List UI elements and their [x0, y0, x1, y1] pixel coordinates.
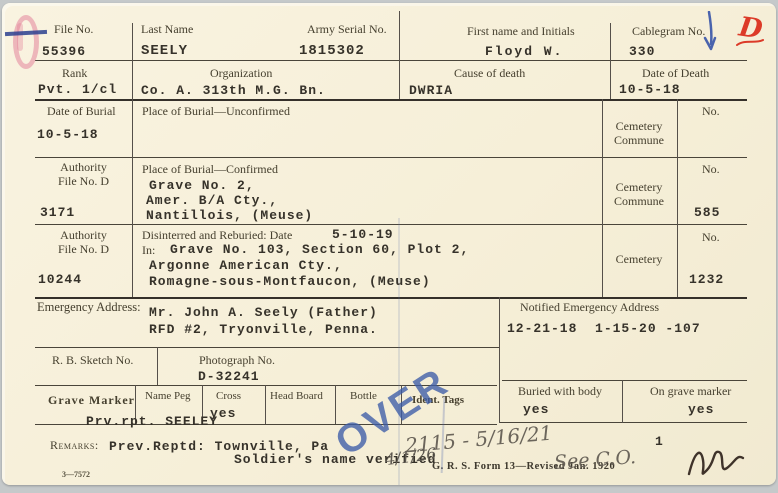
on-grave-marker-label: On grave marker: [650, 385, 731, 399]
grid-line-v: [622, 380, 623, 423]
no-label: No.: [702, 231, 720, 245]
reburied-commune-line: Romagne-sous-Montfaucon, (Meuse): [149, 274, 431, 289]
scanned-burial-card: File No. 55396 Last Name SEELY Army Seri…: [0, 0, 778, 493]
reburied-no-value: 1232: [689, 272, 724, 287]
confirmed-cemetery-line: Amer. B/A Cty.,: [146, 193, 278, 208]
army-serial-value: 1815302: [299, 43, 365, 59]
grid-line-v: [265, 385, 266, 424]
organization-value: Co. A. 313th M.G. Bn.: [141, 83, 326, 98]
cemetery-commune-label: Cemetery Commune: [606, 120, 672, 148]
count-one-value: 1: [655, 434, 664, 449]
rank-value: Pvt. 1/cl: [38, 82, 117, 97]
grid-line-h: [35, 157, 747, 158]
grid-line-h: [35, 297, 747, 299]
emergency-address-label: Emergency Address:: [37, 300, 141, 314]
cause-of-death-value: DWRIA: [409, 83, 453, 98]
grid-line-v: [677, 99, 678, 297]
cemetery-commune-label: Cemetery Commune: [606, 181, 672, 209]
blue-arrow-icon: [699, 11, 723, 53]
no-label: No.: [702, 105, 720, 119]
grid-line-v: [602, 99, 603, 297]
rank-label: Rank: [62, 67, 87, 81]
last-name-value: SEELY: [141, 43, 188, 59]
buried-with-body-label: Buried with body: [518, 385, 602, 399]
first-name-label: First name and Initials: [467, 25, 575, 39]
last-name-label: Last Name: [141, 23, 193, 37]
red-mark-underline: [735, 37, 765, 47]
buried-with-body-value: yes: [523, 402, 549, 417]
disinterred-date-value: 5-10-19: [332, 227, 394, 242]
prv-rpt-value: Prv.rpt. SEELEY: [86, 414, 218, 429]
emergency-address-line1: Mr. John A. Seely (Father): [149, 305, 378, 320]
grid-line-h: [502, 380, 747, 381]
in-label: In:: [142, 244, 155, 258]
head-board-label: Head Board: [270, 390, 323, 403]
grid-line-v: [132, 23, 133, 297]
file-no-label: File No.: [54, 23, 93, 37]
photograph-no-label: Photograph No.: [199, 354, 275, 368]
organization-label: Organization: [210, 67, 272, 81]
grave-marker-label: Grave Marker: [48, 394, 135, 408]
card-background: File No. 55396 Last Name SEELY Army Seri…: [2, 3, 776, 485]
rb-sketch-label: R. B. Sketch No.: [52, 354, 133, 368]
confirmed-grave-line: Grave No. 2,: [149, 178, 255, 193]
notified-emergency-value: 12-21-18 1-15-20 -107: [507, 321, 701, 336]
grid-line-v: [157, 347, 158, 385]
confirmed-commune-line: Nantillois, (Meuse): [146, 208, 313, 223]
name-peg-label: Name Peg: [145, 390, 191, 403]
date-of-death-value: 10-5-18: [619, 82, 681, 97]
grid-line-h: [35, 99, 747, 101]
authority-file-value: 3171: [40, 205, 75, 220]
place-unconfirmed-label: Place of Burial—Unconfirmed: [142, 105, 290, 119]
cemetery-label: Cemetery: [606, 253, 672, 267]
disinterred-label: Disinterred and Reburied: Date: [142, 229, 292, 243]
emergency-address-line2: RFD #2, Tryonville, Penna.: [149, 322, 378, 337]
authority-file-label: Authority File No. D: [35, 161, 132, 189]
handwritten-note: See C.O.: [553, 446, 636, 474]
date-of-burial-label: Date of Burial: [47, 105, 116, 119]
date-of-burial-value: 10-5-18: [37, 127, 99, 142]
reburied-grave-line: Grave No. 103, Section 60, Plot 2,: [170, 242, 469, 257]
reburied-cemetery-line: Argonne American Cty.,: [149, 258, 343, 273]
confirmed-no-value: 585: [694, 205, 720, 220]
first-name-value: Floyd W.: [485, 44, 563, 59]
authority-file-label: Authority File No. D: [35, 229, 132, 257]
army-serial-label: Army Serial No.: [307, 23, 387, 37]
no-label: No.: [702, 163, 720, 177]
cause-of-death-label: Cause of death: [454, 67, 525, 81]
remarks-label: Remarks:: [50, 439, 99, 453]
grid-line-v: [399, 11, 400, 99]
authority-file-value: 10244: [38, 272, 82, 287]
cablegram-label: Cablegram No.: [632, 25, 705, 39]
file-no-value: 55396: [42, 44, 86, 59]
pink-stamp-core: [17, 23, 23, 51]
pink-stamp: [7, 13, 47, 65]
grid-line-v: [335, 385, 336, 424]
notified-emergency-label: Notified Emergency Address: [520, 301, 659, 315]
date-of-death-label: Date of Death: [642, 67, 709, 81]
card-crease: [398, 218, 400, 485]
grid-line-h: [35, 224, 747, 225]
form-print-number: 3—7572: [62, 470, 90, 479]
handwritten-initials-scribble: [685, 444, 747, 482]
cablegram-value: 330: [629, 44, 655, 59]
place-confirmed-label: Place of Burial—Confirmed: [142, 163, 278, 177]
grid-line-v: [499, 297, 500, 423]
photograph-no-value: D-32241: [198, 369, 260, 384]
grid-line-h: [35, 347, 499, 348]
on-grave-marker-value: yes: [688, 402, 714, 417]
grid-line-h: [35, 60, 747, 61]
cross-label: Cross: [216, 390, 241, 403]
grid-line-v: [610, 23, 611, 99]
